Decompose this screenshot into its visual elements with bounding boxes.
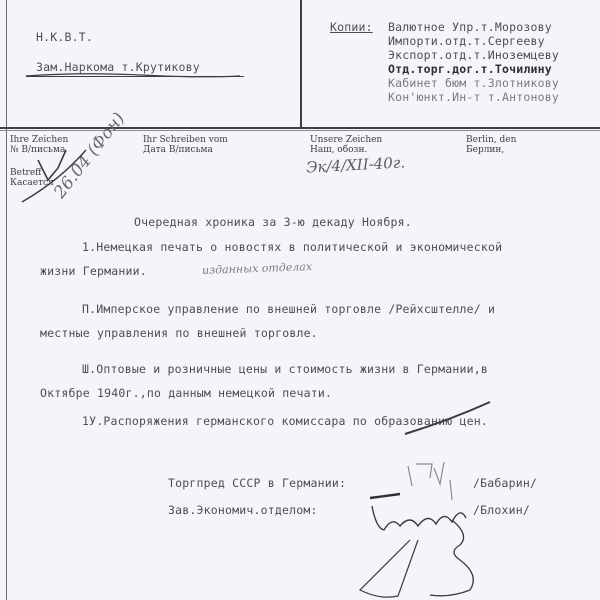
- copies-label: Копии:: [330, 20, 373, 34]
- copy-recipient: Кон'юнкт.Ин-т т.Антонову: [388, 90, 559, 104]
- item-line: Ш.Оптовые и розничные цены и стоимость ж…: [82, 362, 488, 376]
- signature-babarin-icon: [408, 462, 452, 500]
- document-title: Очередная хроника за 3-ю декаду Ноября.: [134, 215, 412, 229]
- item-line: местные управления по внешней торговле.: [40, 326, 318, 340]
- header-column-divider: [300, 0, 302, 127]
- item-line: П.Имперское управление по внешней торгов…: [82, 302, 495, 316]
- field-label-ru: Берлин,: [466, 145, 516, 155]
- item-line: 1У.Распоряжения германского комиссара по…: [82, 414, 488, 428]
- item-line: 1.Немецкая печать о новостях в политичес…: [82, 240, 502, 254]
- field-label-ru: Наш, обозн.: [310, 145, 382, 155]
- signature-name: /Блохин/: [473, 503, 530, 517]
- copy-recipient: Отд.торг.дог.т.Точилину: [388, 62, 552, 76]
- field-label-de: Berlin, den: [466, 135, 516, 145]
- field-label-de: Ihre Zeichen: [10, 135, 68, 145]
- signature-blokhin-icon: [372, 506, 466, 530]
- addressee-underline: [26, 76, 244, 77]
- field-ihre-zeichen: Ihre Zeichen № В/письма: [10, 135, 68, 155]
- field-label-ru: № В/письма: [10, 145, 68, 155]
- copy-recipient: Кабинет бюм т.Злотникову: [388, 76, 559, 90]
- field-label-de: Unsere Zeichen: [310, 135, 382, 145]
- item-line: жизни Германии.: [40, 264, 147, 278]
- signature-title: Зав.Экономич.отделом:: [168, 503, 318, 517]
- field-unsere-zeichen: Unsere Zeichen Наш, обозн.: [310, 135, 382, 155]
- copy-recipient: Валютное Упр.т.Морозову: [388, 20, 552, 34]
- document-page: Н.К.В.Т. Зам.Наркома т.Крутикову Копии: …: [0, 0, 600, 600]
- header-bottom-rule-thin: [0, 130, 600, 131]
- copy-recipient: Импорти.отд.т.Сергееву: [388, 34, 545, 48]
- copy-recipient: Экспорт.отд.т.Иноземцеву: [388, 48, 559, 62]
- item-line: Октябре 1940г.,по данным немецкой печати…: [40, 386, 332, 400]
- field-label-de: Ihr Schreiben vom: [143, 135, 228, 145]
- handwritten-reference: Эк/4/XII-40г.: [306, 153, 406, 176]
- field-label-de: Betreff: [10, 168, 54, 178]
- signature-name: /Бабарин/: [473, 476, 537, 490]
- signature-title: Торгпред СССР в Германии:: [168, 476, 346, 490]
- page-left-rule: [6, 0, 7, 600]
- field-ihr-schreiben: Ihr Schreiben vom Дата В/письма: [143, 135, 228, 155]
- field-label-ru: Касается: [10, 178, 54, 188]
- handwritten-date-margin: 26.04 (Фон): [50, 109, 129, 202]
- field-betreff: Betreff Касается: [10, 168, 54, 188]
- org-name: Н.К.В.Т.: [36, 30, 93, 44]
- handwritten-note: изданных отделах: [202, 260, 312, 277]
- field-berlin-date: Berlin, den Берлин,: [466, 135, 516, 155]
- addressee: Зам.Наркома т.Крутикову: [36, 60, 200, 74]
- field-label-ru: Дата В/письма: [143, 145, 228, 155]
- header-bottom-rule: [0, 127, 600, 129]
